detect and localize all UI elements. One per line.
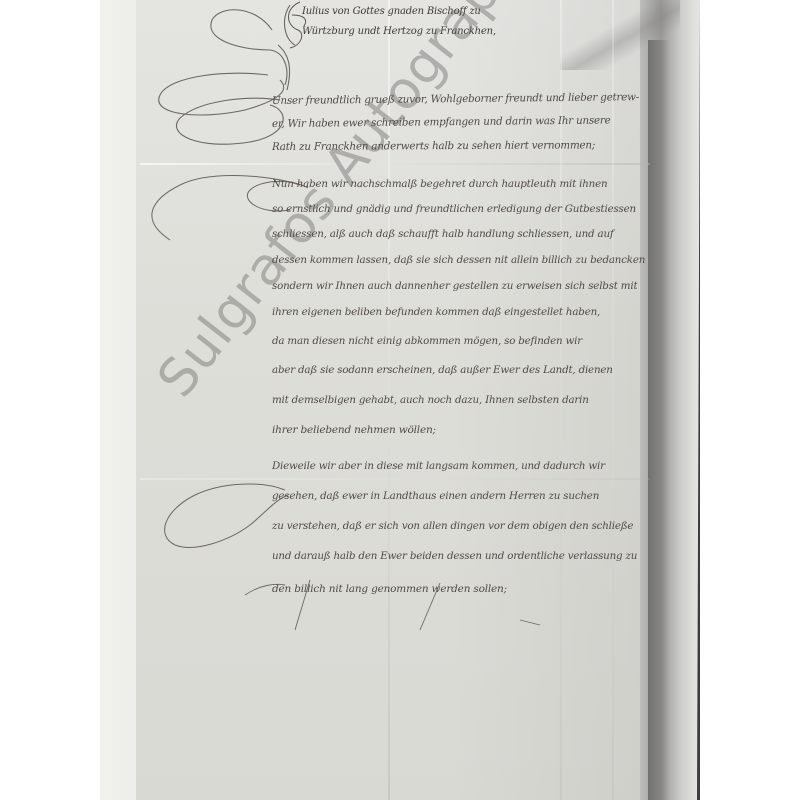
letter-body-line: gesehen, daß ewer in Landthaus einen and… [272, 490, 599, 502]
corner-shadow [560, 0, 680, 70]
fold-crease-horizontal [140, 478, 650, 480]
flap-shadow [648, 40, 670, 800]
letter-body-line: ihren eigenen beliben befunden kommen da… [272, 306, 600, 318]
letter-body-line: da man diesen nicht einig abkommen mögen… [272, 335, 582, 347]
letter-body-line: aber daß sie sodann erscheinen, daß auße… [272, 364, 613, 376]
letter-body-line: und darauß halb den Ewer beiden dessen u… [272, 550, 637, 562]
letter-body-line: mit demselbigen gehabt, auch noch dazu, … [272, 394, 589, 406]
letter-body-line: sondern wir Ihnen auch dannenher gestell… [272, 280, 637, 292]
letter-body-line: den billich nit lang genommen werden sol… [272, 583, 507, 595]
fold-crease-horizontal [140, 163, 650, 165]
letter-body-line: zu verstehen, daß er sich von allen ding… [272, 520, 633, 532]
letter-body-line: dessen kommen lassen, daß sie sich desse… [272, 254, 645, 266]
fold-crease-vertical [612, 0, 614, 800]
letter-body-line: ihrer beliebend nehmen wöllen; [272, 424, 436, 436]
backing-board [100, 0, 140, 800]
letter-body-line: Dieweile wir aber in diese mit langsam k… [272, 460, 605, 472]
